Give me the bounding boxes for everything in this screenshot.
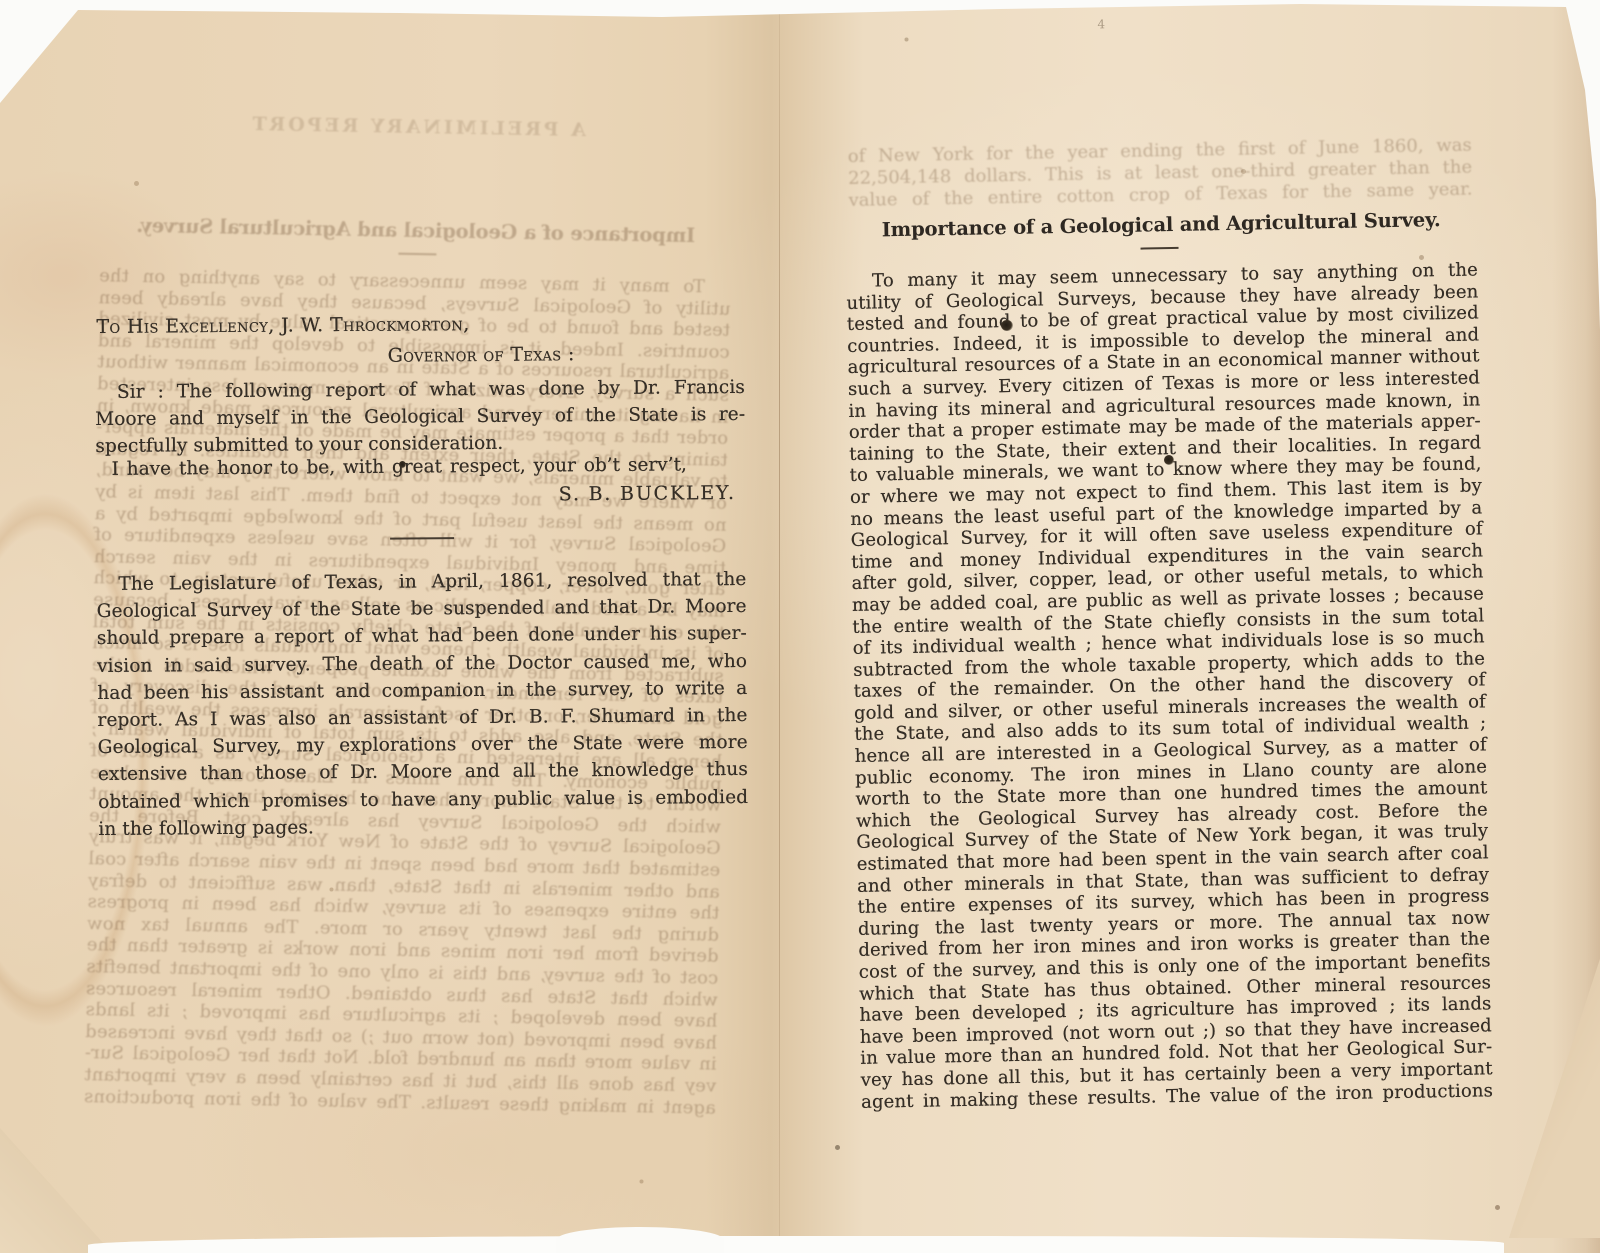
section-heading: Importance of a Geological and Agricultu… [845,207,1477,242]
ink-blot [1164,455,1174,465]
section-divider-rule [390,537,454,540]
text-line: in the following pages. [98,811,748,843]
text-line: Moore and myself in the Geological Surve… [95,401,745,433]
letter-signature: S. B. BUCKLEY. [96,482,736,509]
body-text: To many it may seem unnecessary to say a… [846,259,1493,1113]
salutation-title: Governor of Texas : [388,343,575,366]
gutter-fold-line [779,14,780,1236]
report-paragraph: The Legislature of Texas, in April, 1861… [96,566,748,843]
letter-paragraph: Sir : The following report of what was d… [95,374,746,460]
salutation-addressee: To His Excellency, J. W. Throckmorton, [96,313,469,338]
background-bump [556,1227,724,1253]
heading-rule [1141,247,1179,250]
left-page: To His Excellency, J. W. Throckmorton, G… [92,0,752,1253]
right-page-bleedthrough-text: of New York for the year ending the firs… [848,135,1473,212]
text-line: obtained which promises to have any publ… [98,784,748,816]
book-spread-paper: A PRELIMINARY REPORT Importance of a Geo… [0,0,1600,1253]
right-page: 4 of New York for the year ending the fi… [841,0,1496,1253]
page-number-mark: 4 [1097,17,1105,31]
foxing-specks [0,0,3,3]
background-below-page [88,1236,1504,1253]
ink-blot [399,461,406,468]
dog-ear-bottom-left [0,1128,112,1253]
ink-blot [1001,320,1013,331]
